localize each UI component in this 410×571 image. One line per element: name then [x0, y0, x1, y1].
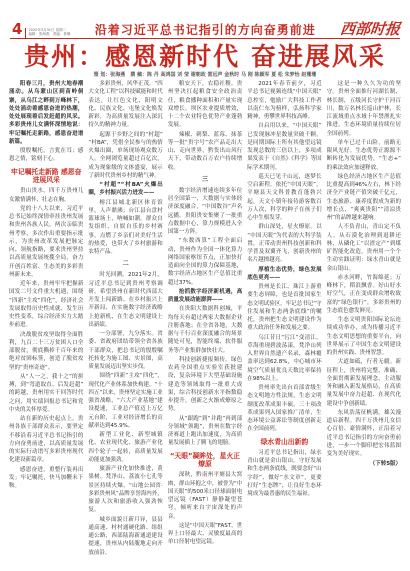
paragraph: 从“人一之，我十之”的拼搏，到“弯道取直、后发赶超”的跨越，贵州用实干回答时代之…: [9, 373, 83, 414]
paragraph: 决战脱贫攻坚取得全面胜利，九百二十三万贫困人口全部脱贫，彻底撕掉千百年来的绝对贫…: [9, 331, 83, 372]
newspaper-page: 4 2020年3月31日 星期二 编辑：张海燕 美编：聂琳 沿着习近平总书记指引…: [0, 0, 410, 571]
bold-lead: 厚植生态优势，绿色发展底色更亮——: [247, 266, 321, 283]
paragraph: 起源于乡野之间的“村超”“村BA”，凭借全民参与的热情火爆出圈，单场现场观众数万…: [88, 131, 162, 181]
paragraph: “东数西算”工程全面启动，贵州作为全国一体化算力网络国家枢纽节点，正加快打造面向…: [168, 237, 242, 287]
byline: 策 划：张海燕 撰 稿：陈 丹 高鸿国 刘 莹 谢朝政 雷远声 金秋时 马 刚 …: [0, 71, 410, 78]
continuation-note: （下转5版）: [327, 460, 401, 468]
paragraph: 赤水河畔，竹海绵延；万峰林下，稻浪飘香。好山好水好空气，正在变成群众增收致富的“…: [327, 274, 401, 315]
paragraph: 生态文明贵阳国际论坛连续成功举办，成为传播习近平生态文明思想的重要平台，向世界展…: [327, 316, 401, 357]
paragraph: 数字经济增速连续多年位居全国第一，大数据与实体经济深度融合，“中国数谷”声名远播…: [168, 187, 242, 237]
section-subhead: 牢记嘱托走新路 感恩奋进展风采: [9, 168, 83, 185]
paragraph: 榕江县城北新区体育馆里，人声鼎沸；台江县台盘村篮球场上，呐喊如潮。群众自发组织、…: [88, 199, 162, 257]
banner-slogan: 沿着习近平总书记指引的方向奋勇前进: [70, 24, 340, 38]
bold-lead: “村超”“村BA”火爆出圈，乡村振兴活力迸发——: [88, 181, 162, 198]
column-1: 阳春三月，贵州大地春潮涌动。从乌蒙山区到苗岭侗寨，从乌江之畔到万峰林下，处处涌动…: [9, 80, 83, 558]
paragraph: 绿色经济占地区生产总值比重提高到46%左右，林下经济全产业链产值突破千亿元，生态…: [327, 173, 401, 223]
paragraph: 粮安天下，农稳社稷。贵州坚决扛起粮食安全政治责任，粮食播种面积和产量实现双增长，…: [168, 80, 242, 130]
paragraph: 党的十八大以来，习近平总书记始终深情牵挂贵州发展和贵州各族人民，两次亲临贵州考察…: [9, 205, 83, 279]
paragraph: 在贵阳大数据科创城，平均每天有超过两家大数据企业注册落地；在全省各地，大数据与千…: [168, 305, 242, 355]
paragraph: 科技创新捷报频传。绿色农药全国重点实验室获批建设，复杂环境下大型基础设施建造等领…: [168, 356, 242, 414]
paragraph: 自启用以来，“中国天眼”已发现脉冲星数量突破千颗，是同期国际上所有其他望远镜发现…: [247, 122, 321, 172]
paragraph: 城乡面貌日新月异，县县通高速、村村通硬化路、组组通公路，西部陆海新通道建设提速，…: [88, 516, 162, 557]
paragraph: 旅游产业化加快推进，黄果树、梵净山、荔波小七孔等景区持续火爆，“山地公园省·多彩…: [88, 465, 162, 515]
page-number: 4: [10, 22, 25, 38]
paragraph: 2021年春节前夕，习近平总书记视频连线“中国天眼”总控室，勉励广大科技工作者以…: [247, 80, 321, 121]
page-header: 4 2020年3月31日 星期二 编辑：张海燕 美编：聂琳 沿着习近平总书记指引…: [10, 17, 400, 38]
paragraph: 站在新的历史起点上，贵州各族干部群众表示，要坚定不移沿着习近平总书记指引的方向奋…: [9, 415, 83, 465]
column-5: 这是一种久久为功的坚守。贵州全面推行河湖长制、林长制，五级河长守护千河百川，数万…: [327, 80, 401, 558]
article-body: 阳春三月，贵州大地春潮涌动。从乌蒙山区到苗岭侗寨，从乌江之畔到万峰林下，处处涌动…: [9, 80, 401, 558]
section-subhead: 绿水青山出新韵: [247, 438, 321, 446]
column-4: 2021年春节前夕，习近平总书记视频连线“中国天眼”总控室，勉励广大科技工作者以…: [247, 80, 321, 558]
paragraph: 围绕“四新”主攻“四化”，现代化产业体系加快构建。“十四五”以来，贵州坚定实施工…: [88, 372, 162, 430]
paragraph: 新型工业化、新型城镇化、农业现代化、旅游产业化四个轮子一起转，高质量发展动能更加…: [88, 431, 162, 464]
masthead-logo: 西部时报: [339, 22, 401, 38]
paragraph: 这是一种久久为功的坚守。贵州全面推行河湖长制、林长制，五级河长守护千河百川，数万…: [327, 80, 401, 138]
paragraph: 从“跟跑”到“并跑”再到部分领域“领跑”，贵州在数字经济赛道上跑出加速度，为高质…: [168, 415, 242, 448]
paragraph: 一分部署，九分落实。省委、省政府团结带领全省各族干部群众，把总书记的殷殷嘱托转化…: [88, 330, 162, 371]
editor-line: 编辑：张海燕 美编：聂琳: [28, 32, 70, 37]
paragraph: 乌江昔日“污江”变清江，草海重现碧波荡漾，梵净山列入世界自然遗产名录，森林覆盖率…: [247, 334, 321, 384]
main-headline: 贵州：感恩新时代 奋进展风采: [0, 43, 410, 71]
paragraph: 深秋，黔南州平塘县大窝凼，群山环抱之中，被誉为“中国天眼”的500米口径球面射电…: [168, 471, 242, 521]
header-rule: [10, 38, 400, 39]
column-2: 多彩贵州，风华正茂。“四大文化工程”以科技赋能和时代表达，让红色文化、阳明文化、…: [88, 80, 162, 558]
date-block: 2020年3月31日 星期二 编辑：张海燕 美编：聂琳: [25, 28, 70, 38]
section-divider: 三: [168, 175, 242, 184]
column-3: 粮安天下，农稳社稷。贵州坚决扛起粮食安全政治责任，粮食播种面积和产量实现双增长，…: [168, 80, 242, 558]
paragraph: 贵山贵水，四千万贵州儿女激情满怀、壮志在胸。: [9, 187, 83, 204]
paragraph: 巡天已见千山远，逐梦长空启新程。依托“中国天眼”，平塘县天文科普教育蓬勃兴起，天…: [247, 173, 321, 223]
paragraph: 殷殷嘱托，言犹在耳；感恩之情，铭刻于心。: [9, 147, 83, 164]
lead-paragraph: 阳春三月，贵州大地春潮涌动。从乌蒙山区到苗岭侗寨，从乌江之畔到万峰林下，处处涌动…: [9, 80, 83, 146]
bold-lead: 抢抓数字经济新机遇，高质量发展动能澎湃——: [168, 288, 242, 305]
paragraph: 贵州率先出台首部省级生态文明地方性法规，生态文明制度改革成果丰硕，三十项改革成果…: [247, 384, 321, 434]
paragraph: 近年来，贵州牢牢把握新国发二号文件重大机遇，围绕“四新”主攻“四化”，经济社会发…: [9, 280, 83, 330]
paragraph: 多彩贵州，风华正茂。“四大文化工程”以科技赋能和时代表达，让红色文化、阳明文化、…: [88, 80, 162, 130]
paragraph: 单车已过千山险，前路无限风光好。生态优势正源源不断转化为发展优势，“生态+”的乘…: [327, 139, 401, 172]
paragraph: 感恩奋进，重整行装再出发；牢记嘱托，快马加鞭未下鞍。: [9, 466, 83, 491]
paragraph: 这是“中国天眼”FAST，世界上口径最大、灵敏度最高的单口径射电望远镜。: [168, 522, 242, 547]
section-subhead: “天眼”凝眸处，星火正燎原: [168, 452, 242, 469]
paragraph: 时光回溯。2021年2月，习近平总书记到贵州考察调研，希望贵州在新时代西部大开发…: [88, 271, 162, 329]
paragraph: 习近平总书记指出，绿水青山就是金山银山。守好发展和生态两条底线，既要念好“山字经…: [247, 449, 321, 499]
paragraph: 贵州是长江、珠江上游重要生态屏障，也是首批国家生态文明试验区。牢记总书记“守住发…: [247, 283, 321, 333]
paragraph: 东风浩荡征帆满，雄关漫道启新程。四千万贵州儿女信心百倍、豪情满怀，正沿着习近平总…: [327, 409, 401, 459]
paragraph: 群山深处，星火燎原。以“中国天眼”为代表的大科学装置，正带动贵州科技创新和科学普…: [247, 223, 321, 264]
paragraph: 大道如砥，行者无疆。新征程上，贵州将完整、准确、全面贯彻新发展理念，主动服务和融…: [327, 358, 401, 408]
section-divider: 二: [88, 259, 162, 268]
paragraph: 人不负青山，青山定不负人。从石漠化治理到退耕还林，从磷化工“以渣定产”到煤矿智能…: [327, 223, 401, 273]
paragraph: 辣椒、刺梨、蓝莓、抹茶等一批“贵字号”农产品走出大山、走向世界，黔货出山风行天下…: [168, 131, 242, 172]
